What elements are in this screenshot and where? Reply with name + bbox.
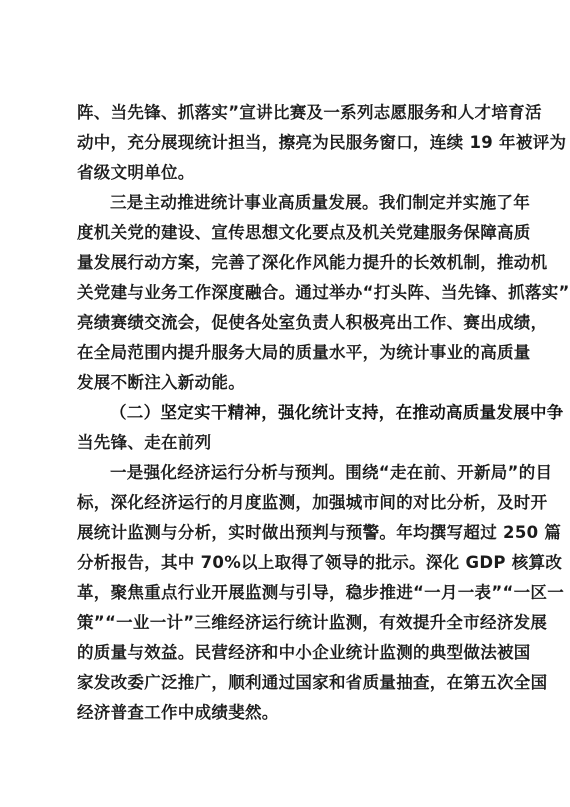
- paragraph-line: 阵、当先锋、抓落实”宣讲比赛及一系列志愿服务和人才培育活: [77, 98, 493, 128]
- paragraph-line: 在全局范围内提升服务大局的质量水平，为统计事业的高质量: [77, 338, 493, 368]
- section-heading: （二）坚定实干精神，强化统计支持，在推动高质量发展中争: [77, 398, 493, 428]
- paragraph-line: 革，聚焦重点行业开展监测与引导，稳步推进“一月一表”“一区一: [77, 578, 493, 608]
- section-heading: 当先锋、走在前列: [77, 428, 493, 458]
- paragraph-line: 发展不断注入新动能。: [77, 368, 493, 398]
- paragraph-line: 策”“一业一计”三维经济运行统计监测，有效提升全市经济发展: [77, 608, 493, 638]
- paragraph-line: 省级文明单位。: [77, 158, 493, 188]
- paragraph-line: 分析报告，其中 70%以上取得了领导的批示。深化 GDP 核算改: [77, 548, 493, 578]
- paragraph-line: 展统计监测与分析，实时做出预判与预警。年均撰写超过 250 篇: [77, 518, 493, 548]
- document-page: 阵、当先锋、抓落实”宣讲比赛及一系列志愿服务和人才培育活 动中，充分展现统计担当…: [77, 98, 493, 728]
- paragraph-line: 三是主动推进统计事业高质量发展。我们制定并实施了年: [77, 188, 493, 218]
- paragraph-line: 经济普查工作中成绩斐然。: [77, 698, 493, 728]
- paragraph-line: 度机关党的建设、宣传思想文化要点及机关党建服务保障高质: [77, 218, 493, 248]
- paragraph-line: 标，深化经济运行的月度监测，加强城市间的对比分析，及时开: [77, 488, 493, 518]
- paragraph-line: 的质量与效益。民营经济和中小企业统计监测的典型做法被国: [77, 638, 493, 668]
- paragraph-line: 动中，充分展现统计担当，擦亮为民服务窗口，连续 19 年被评为: [77, 128, 493, 158]
- paragraph-line: 亮绩赛绩交流会，促使各处室负责人积极亮出工作、赛出成绩，: [77, 308, 493, 338]
- paragraph-line: 家发改委广泛推广，顺利通过国家和省质量抽查，在第五次全国: [77, 668, 493, 698]
- paragraph-line: 一是强化经济运行分析与预判。围绕“走在前、开新局”的目: [77, 458, 493, 488]
- paragraph-line: 关党建与业务工作深度融合。通过举办“打头阵、当先锋、抓落实”: [77, 278, 493, 308]
- paragraph-line: 量发展行动方案，完善了深化作风能力提升的长效机制，推动机: [77, 248, 493, 278]
